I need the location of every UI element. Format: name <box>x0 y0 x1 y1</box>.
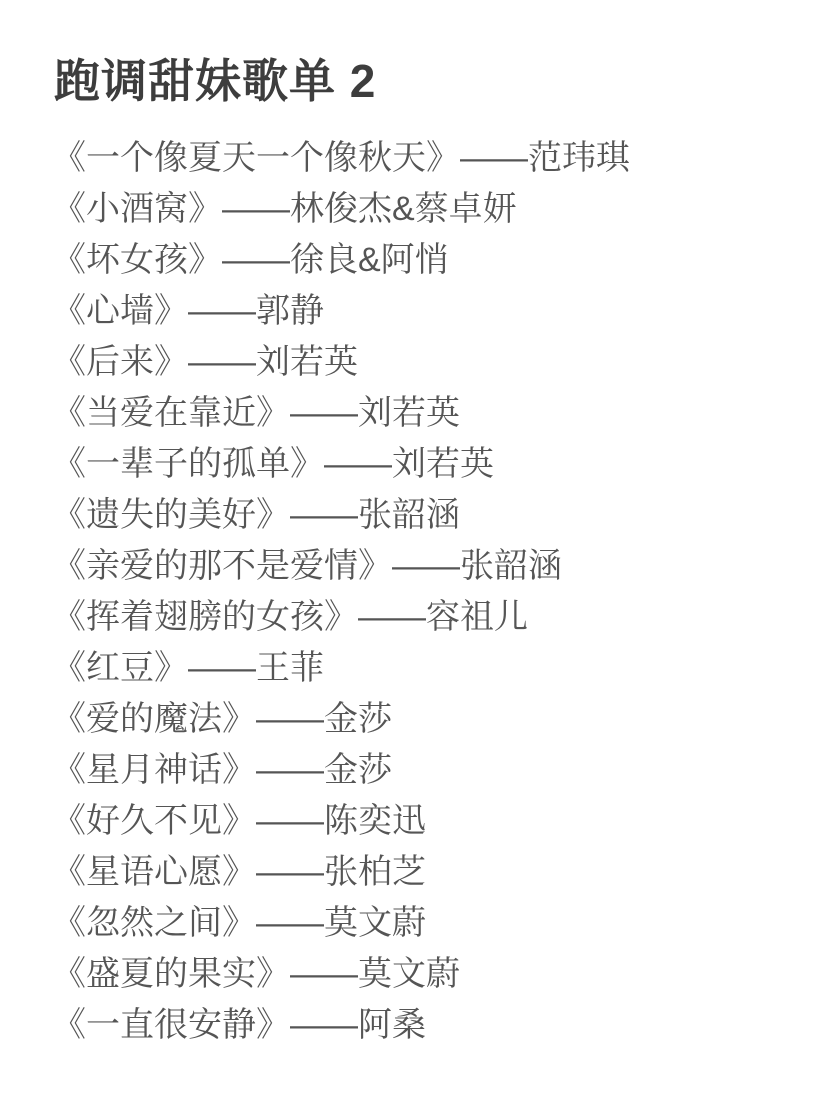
song-text: 《后来》——刘若英 <box>52 343 358 381</box>
song-text: 《亲爱的那不是爱情》——张韶涵 <box>52 547 562 585</box>
song-line: 《当爱在靠近》——刘若英 <box>52 388 798 439</box>
page-title: 跑调甜妹歌单 2 <box>54 54 798 109</box>
song-text: 《好久不见》——陈奕迅 <box>52 802 426 840</box>
song-list: 《一个像夏天一个像秋天》——范玮琪 《小酒窝》——林俊杰&蔡卓妍 《坏女孩》——… <box>52 133 798 1051</box>
song-text: 《一辈子的孤单》——刘若英 <box>52 445 494 483</box>
song-text: 《一个像夏天一个像秋天》——范玮琪 <box>52 139 630 177</box>
song-text: 《一直很安静》——阿桑 <box>52 1006 426 1044</box>
song-line: 《红豆》——王菲 <box>52 643 798 694</box>
song-text: 《坏女孩》——徐良&阿悄 <box>52 241 449 279</box>
song-line: 《盛夏的果实》——莫文蔚 <box>52 949 798 1000</box>
song-line: 《星语心愿》——张柏芝 <box>52 847 798 898</box>
song-text: 《盛夏的果实》——莫文蔚 <box>52 955 460 993</box>
song-text: 《忽然之间》——莫文蔚 <box>52 904 426 942</box>
song-line: 《坏女孩》——徐良&阿悄 <box>52 235 798 286</box>
song-text: 《小酒窝》——林俊杰&蔡卓妍 <box>52 190 517 228</box>
song-line: 《爱的魔法》——金莎 <box>52 694 798 745</box>
song-line: 《一辈子的孤单》——刘若英 <box>52 439 798 490</box>
song-text: 《红豆》——王菲 <box>52 649 324 687</box>
song-line: 《挥着翅膀的女孩》——容祖儿 <box>52 592 798 643</box>
song-line: 《遗失的美好》——张韶涵 <box>52 490 798 541</box>
song-text: 《挥着翅膀的女孩》——容祖儿 <box>52 598 528 636</box>
song-line: 《一个像夏天一个像秋天》——范玮琪 <box>52 133 798 184</box>
song-line: 《小酒窝》——林俊杰&蔡卓妍 <box>52 184 798 235</box>
song-text: 《星月神话》——金莎 <box>52 751 392 789</box>
song-line: 《心墙》——郭静 <box>52 286 798 337</box>
song-text: 《星语心愿》——张柏芝 <box>52 853 426 891</box>
song-line: 《亲爱的那不是爱情》——张韶涵 <box>52 541 798 592</box>
song-line: 《一直很安静》——阿桑 <box>52 1000 798 1051</box>
song-text: 《心墙》——郭静 <box>52 292 324 330</box>
song-line: 《星月神话》——金莎 <box>52 745 798 796</box>
song-text: 《爱的魔法》——金莎 <box>52 700 392 738</box>
song-line: 《忽然之间》——莫文蔚 <box>52 898 798 949</box>
song-text: 《遗失的美好》——张韶涵 <box>52 496 460 534</box>
playlist-page: 跑调甜妹歌单 2 《一个像夏天一个像秋天》——范玮琪 《小酒窝》——林俊杰&蔡卓… <box>0 0 828 1104</box>
song-line: 《后来》——刘若英 <box>52 337 798 388</box>
song-line: 《好久不见》——陈奕迅 <box>52 796 798 847</box>
song-text: 《当爱在靠近》——刘若英 <box>52 394 460 432</box>
